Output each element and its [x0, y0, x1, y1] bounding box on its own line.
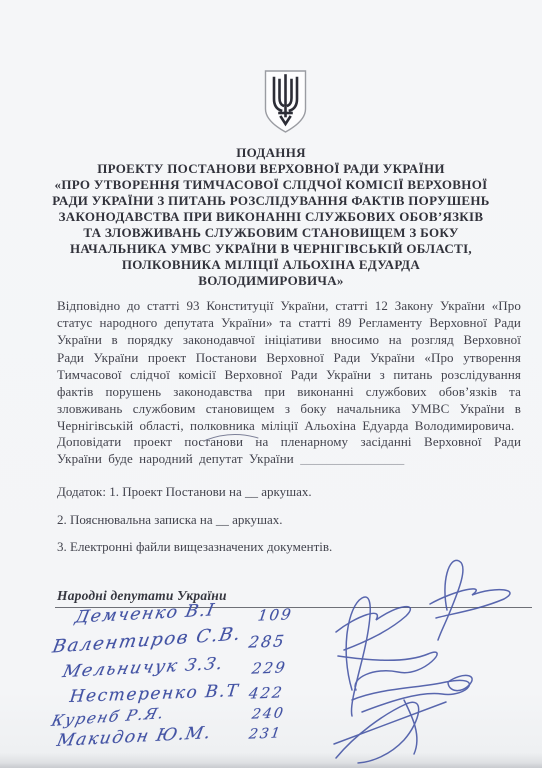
title-line: НАЧАЛЬНИКА УМВС УКРАЇНИ В ЧЕРНІГІВСЬКІЙ …	[28, 241, 514, 257]
title-line: ВОЛОДИМИРОВИЧА»	[28, 273, 514, 289]
handwritten-deputy-number: 229	[251, 658, 288, 677]
handwritten-deputy-number: 285	[248, 631, 287, 651]
attachment-item: Додаток: 1. Проект Постанови на __ аркуш…	[57, 484, 521, 500]
title-line: ТА ЗЛОВЖИВАНЬ СЛУЖБОВИМ СТАНОВИЩЕМ З БОК…	[28, 225, 514, 241]
scan-bottom-shadow	[0, 763, 542, 768]
title-line: ПРОЕКТУ ПОСТАНОВИ ВЕРХОВНОЇ РАДИ УКРАЇНИ	[28, 161, 514, 177]
document-type-heading: ПОДАННЯ	[28, 145, 514, 161]
handwritten-deputy-number: 109	[257, 605, 294, 624]
handwritten-deputy-number: 231	[248, 725, 283, 742]
blank-fill-line: ________________	[300, 451, 404, 466]
scanned-document-page: ПОДАННЯ ПРОЕКТУ ПОСТАНОВИ ВЕРХОВНОЇ РАДИ…	[0, 0, 542, 768]
coat-of-arms-icon	[262, 69, 309, 135]
handwritten-deputy-name: Мельничук З.З.	[61, 654, 227, 682]
paragraph-rapporteur-text: Доповідати проект постанови на пленарном…	[57, 434, 521, 466]
document-title: ПОДАННЯ ПРОЕКТУ ПОСТАНОВИ ВЕРХОВНОЇ РАДИ…	[28, 145, 514, 289]
title-line: РАДИ УКРАЇНИ З ПИТАНЬ РОЗСЛІДУВАННЯ ФАКТ…	[28, 193, 514, 209]
paragraph-legal-basis: Відповідно до статті 93 Конституції Укра…	[57, 297, 521, 435]
handwritten-deputy-name: Нестеренко В.Т	[69, 681, 241, 707]
handwritten-deputy-number: 240	[251, 705, 286, 722]
handwritten-deputy-name: Валентиров С.В.	[51, 624, 244, 658]
paragraph-rapporteur: Доповідати проект постанови на пленарном…	[57, 433, 521, 467]
handwritten-deputy-name: Демченко В.І	[73, 600, 217, 627]
handwritten-deputy-number: 422	[248, 683, 285, 702]
title-line: ПОЛКОВНИКА МІЛІЦІЇ АЛЬОХІНА ЕДУАРДА	[28, 257, 514, 273]
title-line: «ПРО УТВОРЕННЯ ТИМЧАСОВОЇ СЛІДЧОЇ КОМІСІ…	[28, 177, 514, 193]
title-line: ЗАКОНОДАВСТВА ПРИ ВИКОНАННІ СЛУЖБОВИХ ОБ…	[28, 209, 514, 225]
attachment-item: 3. Електронні файли вищезазначених докум…	[57, 539, 521, 555]
attachment-item: 2. Пояснювальна записка на __ аркушах.	[57, 512, 521, 528]
